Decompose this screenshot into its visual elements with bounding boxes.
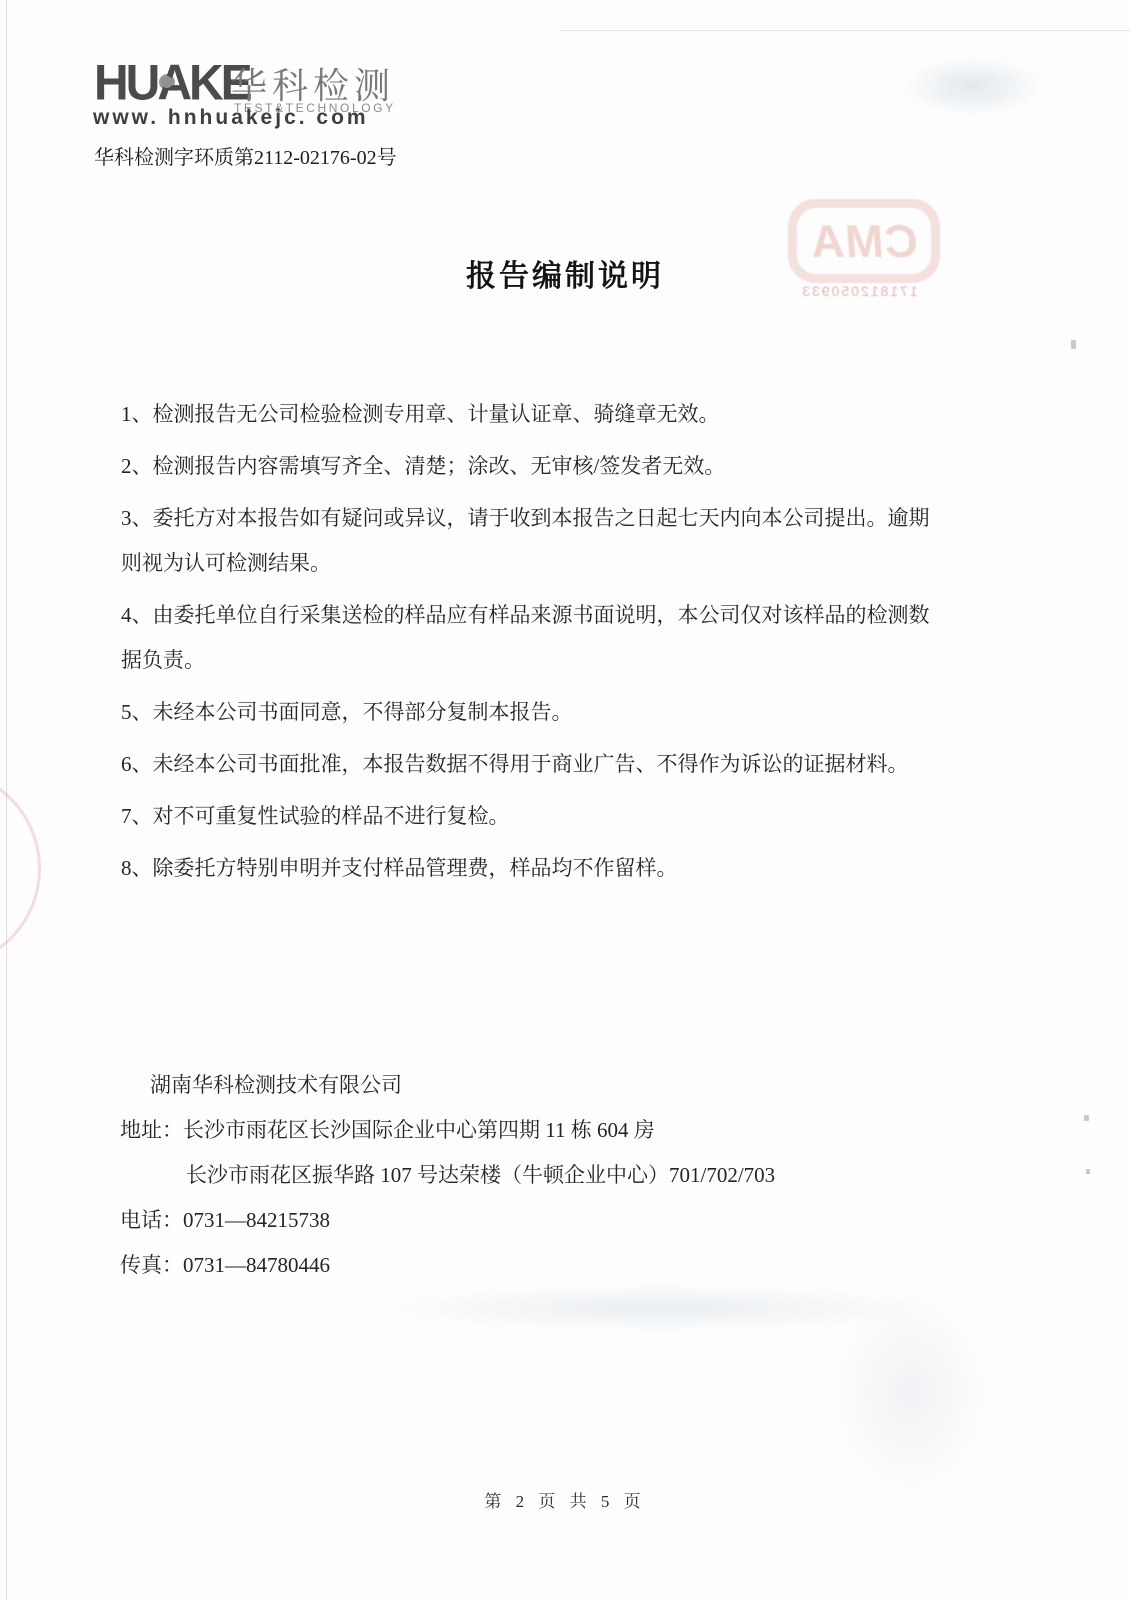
- note-item: 3、委托方对本报告如有疑问或异议，请于收到本报告之日起七天内向本公司提出。逾期 …: [121, 496, 1018, 586]
- note-item: 2、检测报告内容需填写齐全、清楚；涂改、无审核/签发者无效。: [121, 444, 1018, 489]
- scan-speck: [1071, 340, 1076, 349]
- notes-list: 1、检测报告无公司检验检测专用章、计量认证章、骑缝章无效。2、检测报告内容需填写…: [121, 392, 1018, 898]
- company-info: 湖南华科检测技术有限公司 地址：长沙市雨花区长沙国际企业中心第四期 11 栋 6…: [120, 1063, 775, 1288]
- company-name: 湖南华科检测技术有限公司: [120, 1063, 775, 1108]
- website-text: www. hnhuakejc. com: [93, 106, 369, 130]
- certificate-number: 华科检测字环质第2112-02176-02号: [94, 141, 397, 170]
- ink-bleedthrough-middle: [395, 1285, 925, 1331]
- scan-speck: [1084, 1115, 1089, 1121]
- fax-label: 传真：: [120, 1253, 183, 1277]
- ink-bleedthrough-top-right: [903, 56, 1043, 116]
- note-item: 8、除委托方特别申明并支付样品管理费，样品均不作留样。: [121, 846, 1018, 891]
- huake-logo-dot-icon: [161, 76, 173, 88]
- company-fax-line: 传真：0731—84780446: [120, 1243, 775, 1288]
- company-phone-line: 电话：0731—84215738: [120, 1198, 775, 1243]
- scan-streak: [560, 30, 1130, 31]
- phone-label: 电话：: [120, 1208, 183, 1232]
- note-item: 7、对不可重复性试验的样品不进行复检。: [121, 794, 1018, 839]
- scan-speck: [1086, 1169, 1090, 1174]
- company-address-line2: 长沙市雨花区振华路 107 号达荣楼（牛顿企业中心）701/702/703: [120, 1153, 775, 1198]
- page-title: 报告编制说明: [0, 251, 1130, 295]
- ink-bleedthrough-lower-right: [835, 1295, 985, 1490]
- red-stamp-arc-bleed: [0, 768, 41, 969]
- note-item: 6、未经本公司书面批准，本报告数据不得用于商业广告、不得作为诉讼的证据材料。: [121, 742, 1018, 787]
- address-value-1: 长沙市雨花区长沙国际企业中心第四期 11 栋 604 房: [183, 1118, 655, 1142]
- page-number: 第 2 页 共 5 页: [0, 1487, 1130, 1512]
- fax-value: 0731—84780446: [183, 1253, 330, 1277]
- note-item: 4、由委托单位自行采集送检的样品应有样品来源书面说明，本公司仅对该样品的检测数 …: [121, 593, 1018, 683]
- note-item: 1、检测报告无公司检验检测专用章、计量认证章、骑缝章无效。: [121, 392, 1018, 437]
- phone-value: 0731—84215738: [183, 1208, 330, 1232]
- note-item: 5、未经本公司书面同意，不得部分复制本报告。: [121, 690, 1018, 735]
- address-label: 地址：: [120, 1118, 183, 1142]
- company-address-line1: 地址：长沙市雨花区长沙国际企业中心第四期 11 栋 604 房: [120, 1108, 775, 1153]
- document-page: HUAKE 华科检测 TEST&TECHNOLOGY www. hnhuakej…: [0, 0, 1130, 1600]
